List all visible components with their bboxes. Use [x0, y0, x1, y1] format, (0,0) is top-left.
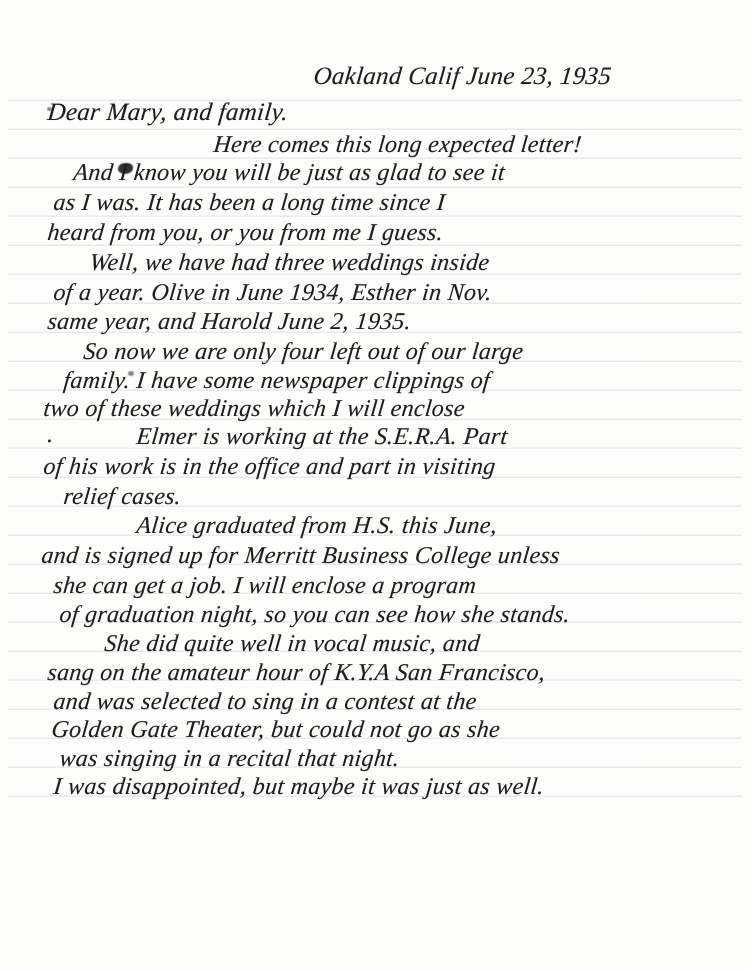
letter-line: of his work is in the office and part in… — [42, 452, 497, 482]
letter-page: Oakland Calif June 23, 1935 Dear Mary, a… — [0, 0, 750, 971]
ink-speck — [47, 107, 52, 111]
letter-line: Well, we have had three weddings inside — [88, 248, 491, 278]
salutation: Dear Mary, and family. — [46, 98, 290, 128]
letter-line: as I was. It has been a long time since … — [52, 188, 447, 218]
letter-line: family. I have some newspaper clippings … — [62, 366, 492, 396]
letter-line: same year, and Harold June 2, 1935. — [46, 307, 413, 337]
letter-line: of a year. Olive in June 1934, Esther in… — [52, 278, 493, 308]
letter-line: two of these weddings which I will enclo… — [42, 394, 466, 424]
letter-line: of graduation night, so you can see how … — [58, 600, 572, 630]
letter-line: I was disappointed, but maybe it was jus… — [52, 772, 545, 802]
letter-line: Alice graduated from H.S. this June, — [135, 511, 499, 541]
letter-line: Here comes this long expected letter! — [212, 130, 583, 160]
letter-line: Golden Gate Theater, but could not go as… — [50, 715, 502, 745]
letter-line: was singing in a recital that night. — [58, 744, 401, 774]
letter-line: heard from you, or you from me I guess. — [46, 218, 445, 248]
ink-speck — [128, 371, 134, 376]
letter-line: sang on the amateur hour of K.Y.A San Fr… — [46, 658, 547, 688]
letter-line: She did quite well in vocal music, and — [103, 629, 481, 659]
stray-period: . — [46, 420, 55, 450]
letter-line: relief cases. — [62, 482, 183, 512]
letter-line: And I know you will be just as glad to s… — [72, 158, 507, 188]
letter-line: and was selected to sing in a contest at… — [52, 687, 478, 717]
letter-line: Elmer is working at the S.E.R.A. Part — [135, 422, 509, 452]
letter-line: she can get a job. I will enclose a prog… — [52, 571, 478, 601]
letter-line: So now we are only four left out of our … — [82, 337, 525, 367]
letter-line: and is signed up for Merritt Business Co… — [40, 541, 561, 571]
dateline: Oakland Calif June 23, 1935 — [312, 62, 613, 92]
